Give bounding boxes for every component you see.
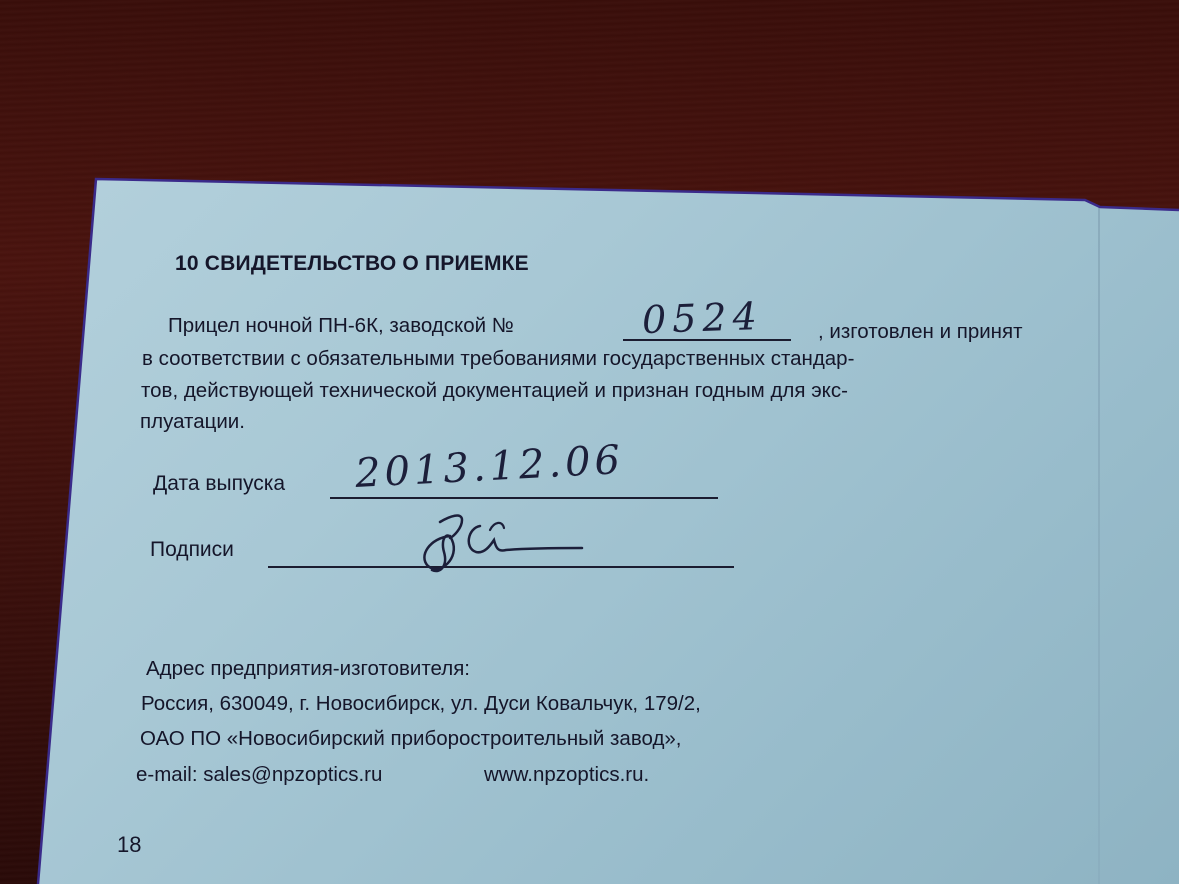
manufacturer-email: e-mail: sales@npzoptics.ru — [136, 763, 382, 787]
page-fold — [1098, 205, 1100, 884]
signatures-label: Подписи — [150, 538, 234, 562]
paragraph-line-1-prefix: Прицел ночной ПН-6К, заводской № — [168, 314, 514, 338]
paragraph-line-4: плуатации. — [140, 410, 245, 434]
section-heading: 10 СВИДЕТЕЛЬСТВО О ПРИЕМКЕ — [175, 252, 529, 276]
manufacturer-address-title: Адрес предприятия-изготовителя: — [146, 657, 470, 681]
paragraph-line-3: тов, действующей технической документаци… — [141, 379, 848, 403]
manufacturer-website: www.npzoptics.ru. — [484, 763, 649, 787]
serial-number-handwritten: 0524 — [641, 294, 763, 342]
release-date-underline — [330, 497, 718, 499]
handwritten-signature-icon — [410, 508, 590, 578]
release-date-handwritten: 2013.12.06 — [354, 437, 625, 497]
page-number: 18 — [117, 832, 141, 858]
paragraph-line-1-suffix: , изготовлен и принят — [818, 320, 1023, 344]
paragraph-line-2: в соответствии с обязательными требовани… — [142, 347, 854, 371]
release-date-label: Дата выпуска — [153, 472, 285, 496]
manufacturer-address: Россия, 630049, г. Новосибирск, ул. Дуси… — [141, 692, 701, 716]
manufacturer-company: ОАО ПО «Новосибирский приборостроительны… — [140, 727, 682, 751]
